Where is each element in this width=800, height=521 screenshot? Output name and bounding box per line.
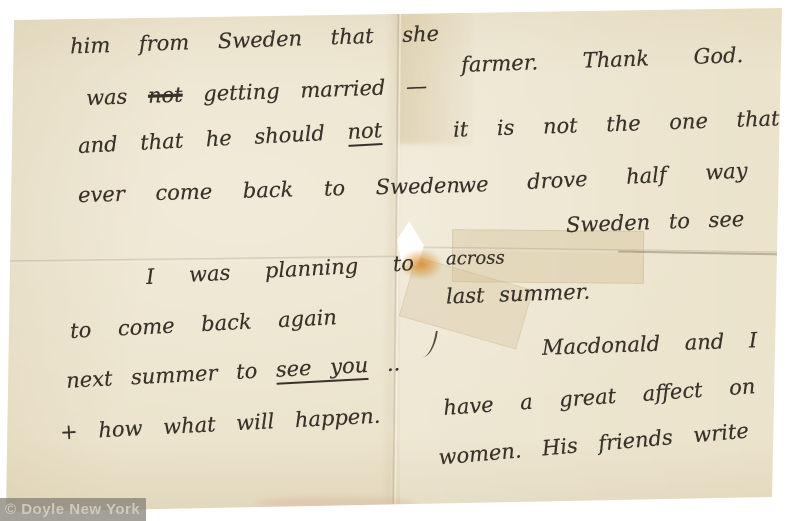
handwriting-line: was not getting married — xyxy=(86,76,428,109)
struck-word: not xyxy=(148,83,183,108)
handwriting-line: next summer to see you .. xyxy=(66,353,401,391)
handwriting-fragment: getting married — xyxy=(203,74,428,106)
handwriting-line: him from Sweden that she xyxy=(70,24,440,58)
faint-smudge xyxy=(255,497,415,509)
underlined-word: not xyxy=(347,118,383,147)
letter-photograph: him from Sweden that she was not getting… xyxy=(0,0,800,521)
letter-paper: him from Sweden that she was not getting… xyxy=(0,0,800,521)
watermark-text: © Doyle New York xyxy=(0,501,140,518)
handwriting-fragment: was xyxy=(86,85,128,110)
handwriting-line: and that he should not xyxy=(78,120,383,157)
underlined-words: see you xyxy=(275,353,369,385)
handwriting-line: to come back again xyxy=(70,307,338,342)
handwriting-line: + how what will happen. xyxy=(60,406,381,444)
handwriting-line: across xyxy=(446,249,505,268)
watermark-bar: © Doyle New York xyxy=(0,498,146,521)
handwriting-fragment: next summer to xyxy=(66,359,258,393)
handwriting-line: last summer. xyxy=(446,281,591,307)
handwriting-fragment: and that he should xyxy=(78,121,326,158)
handwriting-fragment: .. xyxy=(386,351,401,376)
